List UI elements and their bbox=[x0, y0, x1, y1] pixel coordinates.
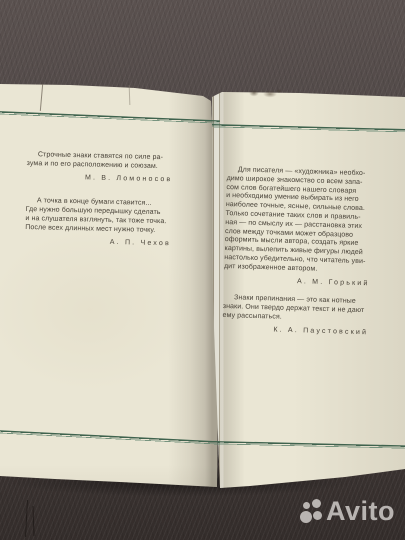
quote-paustovsky: Знаки препинания — это как нотные знаки.… bbox=[222, 294, 389, 338]
quote-chekhov: А точка в конце бумаги ставится... Где н… bbox=[25, 197, 192, 249]
quote-author: М. В. Ломоносов bbox=[26, 173, 192, 186]
photo-background: Строчные знаки ставятся по силе ра- зума… bbox=[0, 0, 405, 540]
avito-watermark-text: Avito bbox=[326, 498, 395, 525]
avito-dot-icon bbox=[300, 511, 312, 523]
avito-dot-icon bbox=[312, 499, 321, 508]
avito-watermark: Avito bbox=[292, 495, 400, 533]
quote-lomonosov: Строчные знаки ставятся по силе ра- зума… bbox=[26, 151, 193, 185]
avito-dot-icon bbox=[303, 502, 310, 509]
table-scratch bbox=[32, 506, 34, 536]
quote-gorky: Для писателя — «художника» необхо- димо … bbox=[223, 166, 392, 289]
avito-dot-icon bbox=[313, 511, 322, 520]
avito-dots-logo-icon bbox=[292, 495, 326, 529]
left-page-text: Строчные знаки ставятся по силе ра- зума… bbox=[25, 151, 193, 249]
quote-author: А. М. Горький bbox=[223, 276, 389, 290]
right-page-text: Для писателя — «художника» необхо- димо … bbox=[222, 166, 393, 338]
page-stain bbox=[245, 86, 285, 101]
